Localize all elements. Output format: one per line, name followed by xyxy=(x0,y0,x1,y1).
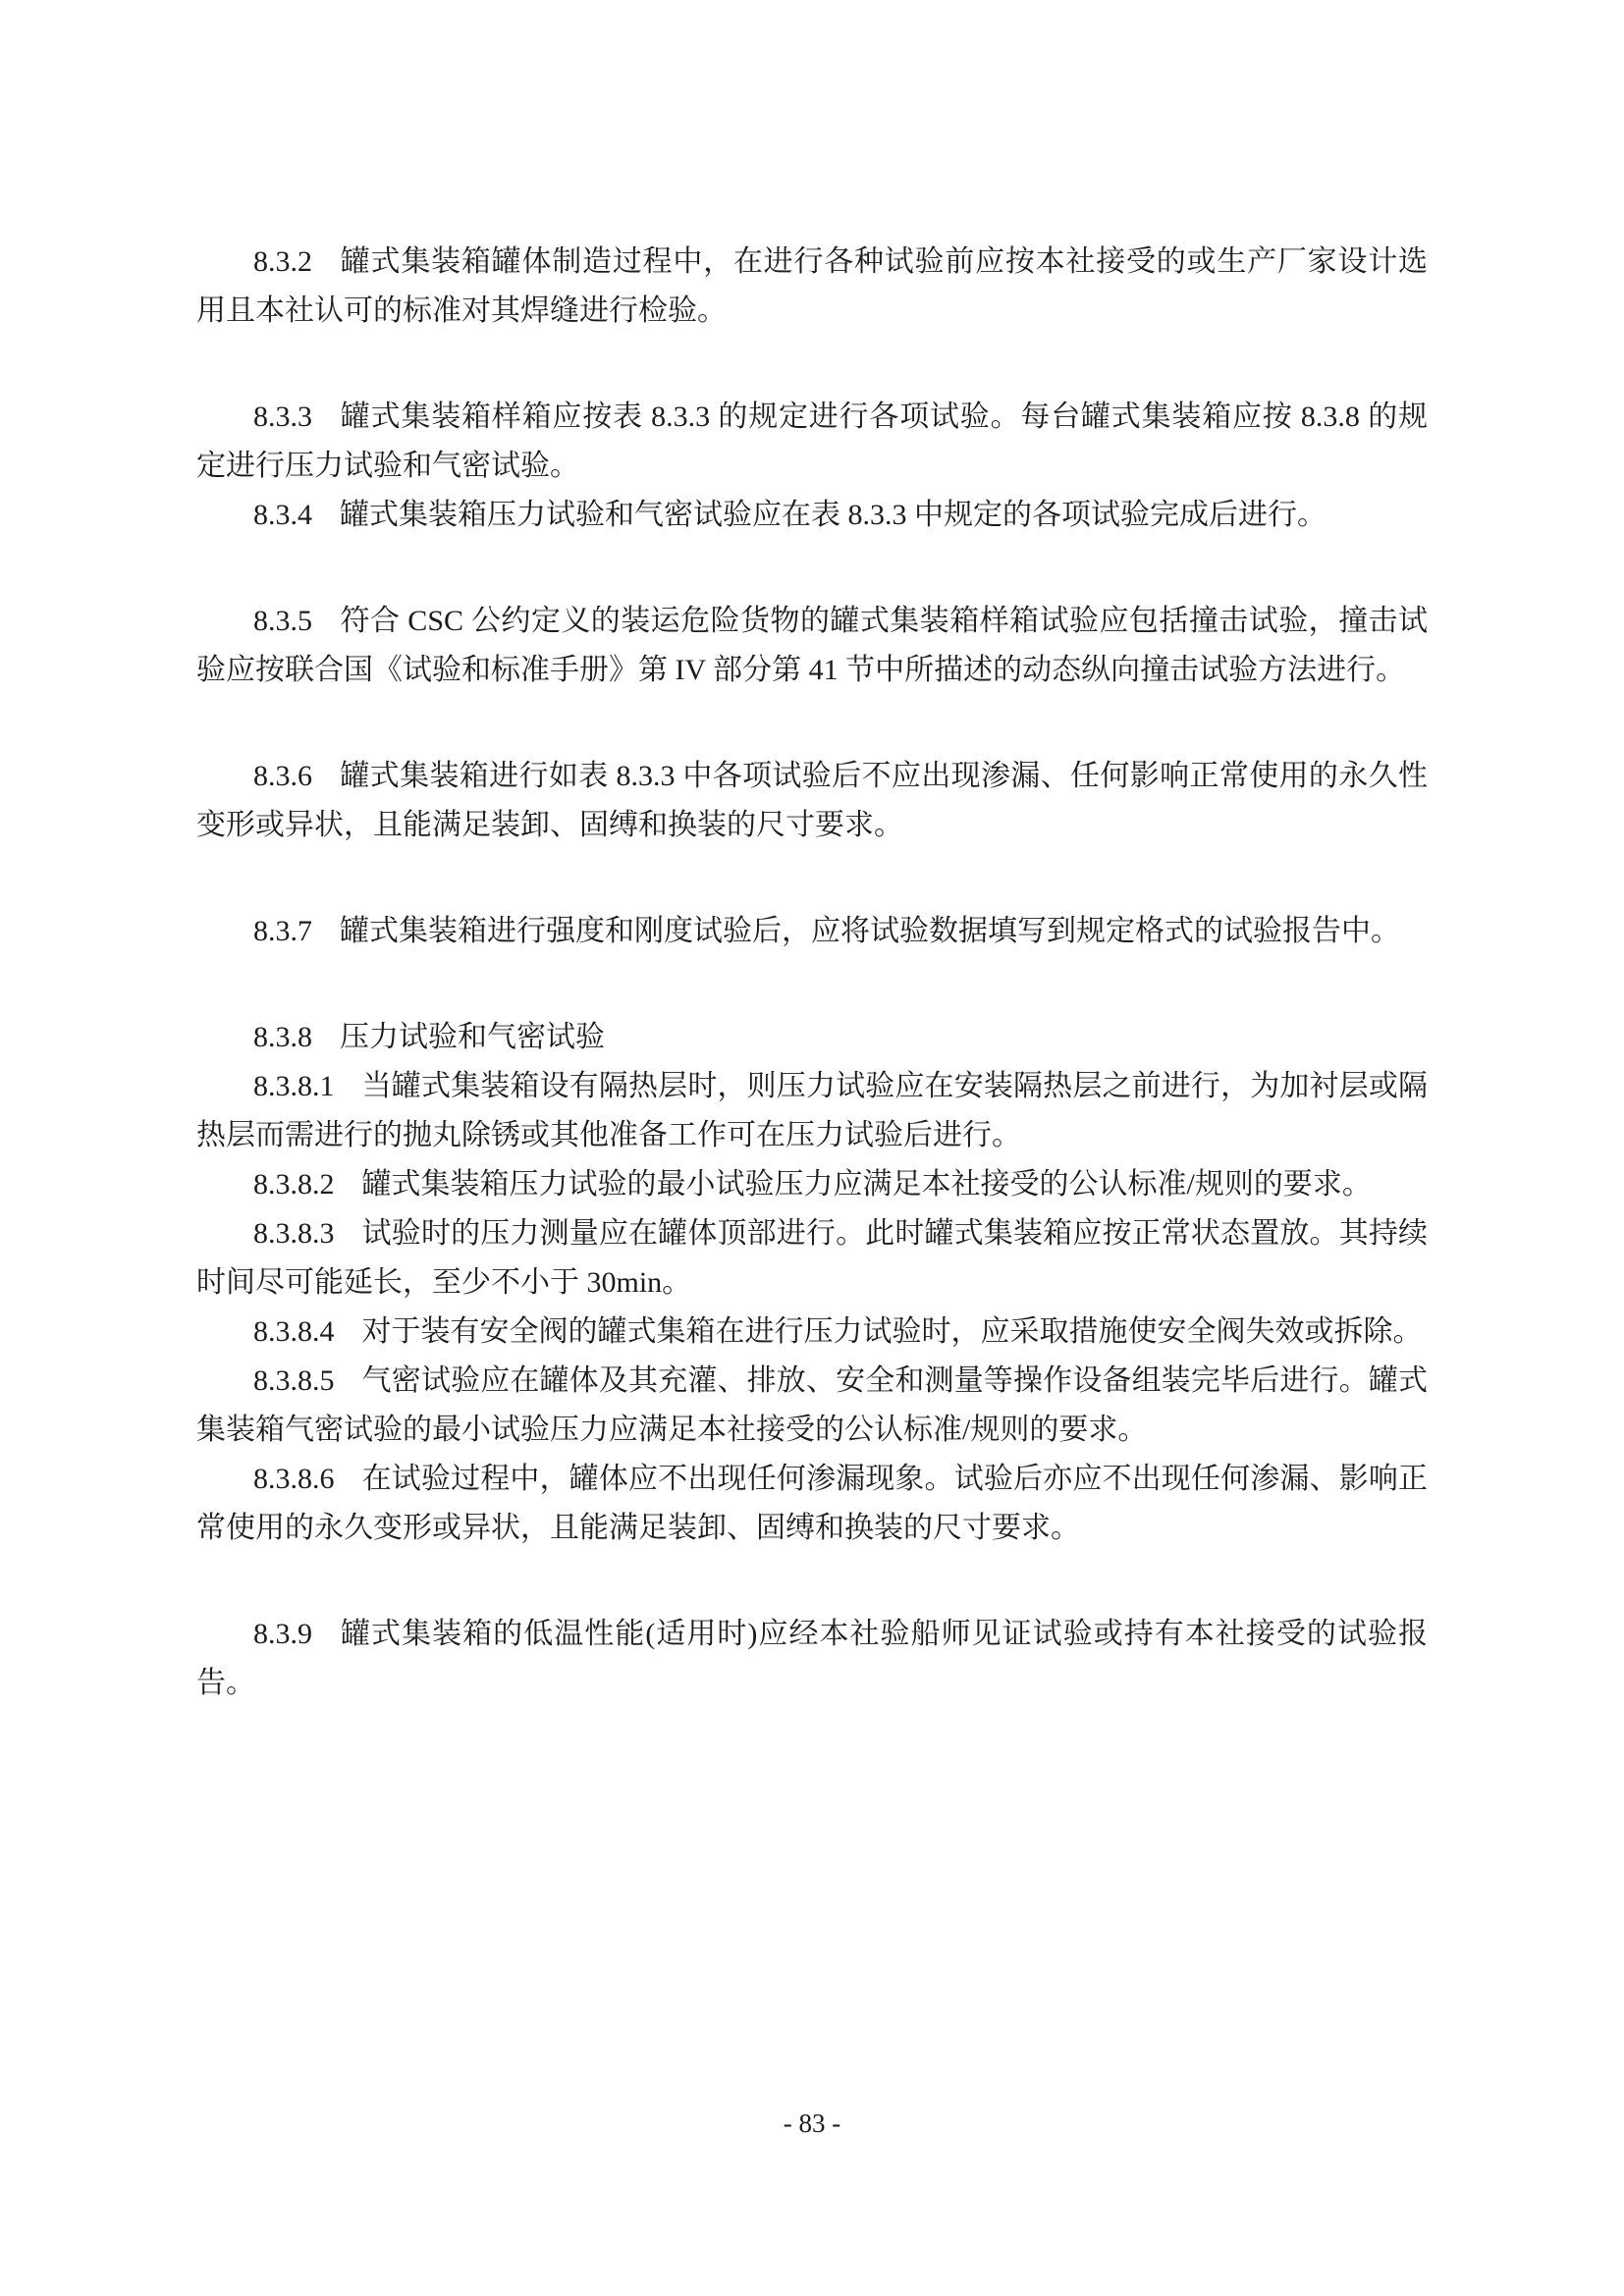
section-text: 罐式集装箱进行如表 8.3.3 中各项试验后不应出现渗漏、任何影响正常使用的永久… xyxy=(196,760,1428,841)
section-number: 8.3.8.3 xyxy=(253,1217,362,1250)
section-number: 8.3.6 xyxy=(253,760,340,792)
section-text: 气密试验应在罐体及其充灌、排放、安全和测量等操作设备组装完毕后进行。罐式集装箱气… xyxy=(196,1364,1428,1446)
text-block: 8.3.2罐式集装箱罐体制造过程中，在进行各种试验前应按本社接受的或生产厂家设计… xyxy=(196,238,1428,1708)
page-number: - 83 - xyxy=(196,2107,1428,2140)
section-number: 8.3.9 xyxy=(253,1618,340,1650)
section-text: 罐式集装箱压力试验的最小试验压力应满足本社接受的公认标准/规则的要求。 xyxy=(362,1168,1372,1201)
section-number: 8.3.2 xyxy=(253,245,340,278)
document-page: 8.3.2罐式集装箱罐体制造过程中，在进行各种试验前应按本社接受的或生产厂家设计… xyxy=(0,0,1624,2296)
section-number: 8.3.7 xyxy=(253,915,340,947)
section-number: 8.3.8.2 xyxy=(253,1168,362,1201)
paragraph-8-3-2: 8.3.2罐式集装箱罐体制造过程中，在进行各种试验前应按本社接受的或生产厂家设计… xyxy=(196,238,1428,336)
paragraph-8-3-8-6: 8.3.8.6在试验过程中，罐体应不出现任何渗漏现象。试验后亦应不出现任何渗漏、… xyxy=(196,1455,1428,1553)
paragraph-8-3-8-5: 8.3.8.5气密试验应在罐体及其充灌、排放、安全和测量等操作设备组装完毕后进行… xyxy=(196,1357,1428,1455)
section-text: 罐式集装箱进行强度和刚度试验后，应将试验数据填写到规定格式的试验报告中。 xyxy=(340,915,1400,947)
paragraph-8-3-8-3: 8.3.8.3试验时的压力测量应在罐体顶部进行。此时罐式集装箱应按正常状态置放。… xyxy=(196,1209,1428,1308)
section-number: 8.3.8.1 xyxy=(253,1070,362,1102)
paragraph-8-3-9: 8.3.9罐式集装箱的低温性能(适用时)应经本社验船师见证试验或持有本社接受的试… xyxy=(196,1610,1428,1708)
section-text: 在试验过程中，罐体应不出现任何渗漏现象。试验后亦应不出现任何渗漏、影响正常使用的… xyxy=(196,1463,1428,1544)
section-text: 压力试验和气密试验 xyxy=(340,1021,605,1053)
section-number: 8.3.8.6 xyxy=(253,1463,362,1495)
section-number: 8.3.5 xyxy=(253,605,340,637)
section-number: 8.3.8.4 xyxy=(253,1315,362,1348)
section-text: 试验时的压力测量应在罐体顶部进行。此时罐式集装箱应按正常状态置放。其持续时间尽可… xyxy=(196,1217,1428,1299)
paragraph-8-3-3: 8.3.3罐式集装箱样箱应按表 8.3.3 的规定进行各项试验。每台罐式集装箱应… xyxy=(196,393,1428,491)
section-text: 罐式集装箱罐体制造过程中，在进行各种试验前应按本社接受的或生产厂家设计选用且本社… xyxy=(196,245,1428,327)
paragraph-8-3-8-4: 8.3.8.4对于装有安全阀的罐式集箱在进行压力试验时，应采取措施使安全阀失效或… xyxy=(196,1308,1428,1357)
paragraph-8-3-8-1: 8.3.8.1当罐式集装箱设有隔热层时，则压力试验应在安装隔热层之前进行，为加衬… xyxy=(196,1062,1428,1160)
paragraph-8-3-8: 8.3.8压力试验和气密试验 xyxy=(196,1013,1428,1062)
section-number: 8.3.8 xyxy=(253,1021,340,1053)
paragraph-8-3-7: 8.3.7罐式集装箱进行强度和刚度试验后，应将试验数据填写到规定格式的试验报告中… xyxy=(196,907,1428,956)
section-number: 8.3.3 xyxy=(253,400,340,433)
section-number: 8.3.8.5 xyxy=(253,1364,362,1397)
paragraph-8-3-8-2: 8.3.8.2罐式集装箱压力试验的最小试验压力应满足本社接受的公认标准/规则的要… xyxy=(196,1160,1428,1209)
section-text: 符合 CSC 公约定义的装运危险货物的罐式集装箱样箱试验应包括撞击试验，撞击试验… xyxy=(196,605,1428,686)
section-text: 罐式集装箱的低温性能(适用时)应经本社验船师见证试验或持有本社接受的试验报告。 xyxy=(196,1618,1428,1699)
paragraph-8-3-5: 8.3.5符合 CSC 公约定义的装运危险货物的罐式集装箱样箱试验应包括撞击试验… xyxy=(196,597,1428,695)
paragraph-8-3-6: 8.3.6罐式集装箱进行如表 8.3.3 中各项试验后不应出现渗漏、任何影响正常… xyxy=(196,752,1428,850)
section-text: 当罐式集装箱设有隔热层时，则压力试验应在安装隔热层之前进行，为加衬层或隔热层而需… xyxy=(196,1070,1428,1151)
section-text: 罐式集装箱样箱应按表 8.3.3 的规定进行各项试验。每台罐式集装箱应按 8.3… xyxy=(196,400,1428,482)
section-text: 对于装有安全阀的罐式集箱在进行压力试验时，应采取措施使安全阀失效或拆除。 xyxy=(362,1315,1423,1348)
section-text: 罐式集装箱压力试验和气密试验应在表 8.3.3 中规定的各项试验完成后进行。 xyxy=(340,499,1326,531)
section-number: 8.3.4 xyxy=(253,499,340,531)
paragraph-8-3-4: 8.3.4罐式集装箱压力试验和气密试验应在表 8.3.3 中规定的各项试验完成后… xyxy=(196,491,1428,540)
